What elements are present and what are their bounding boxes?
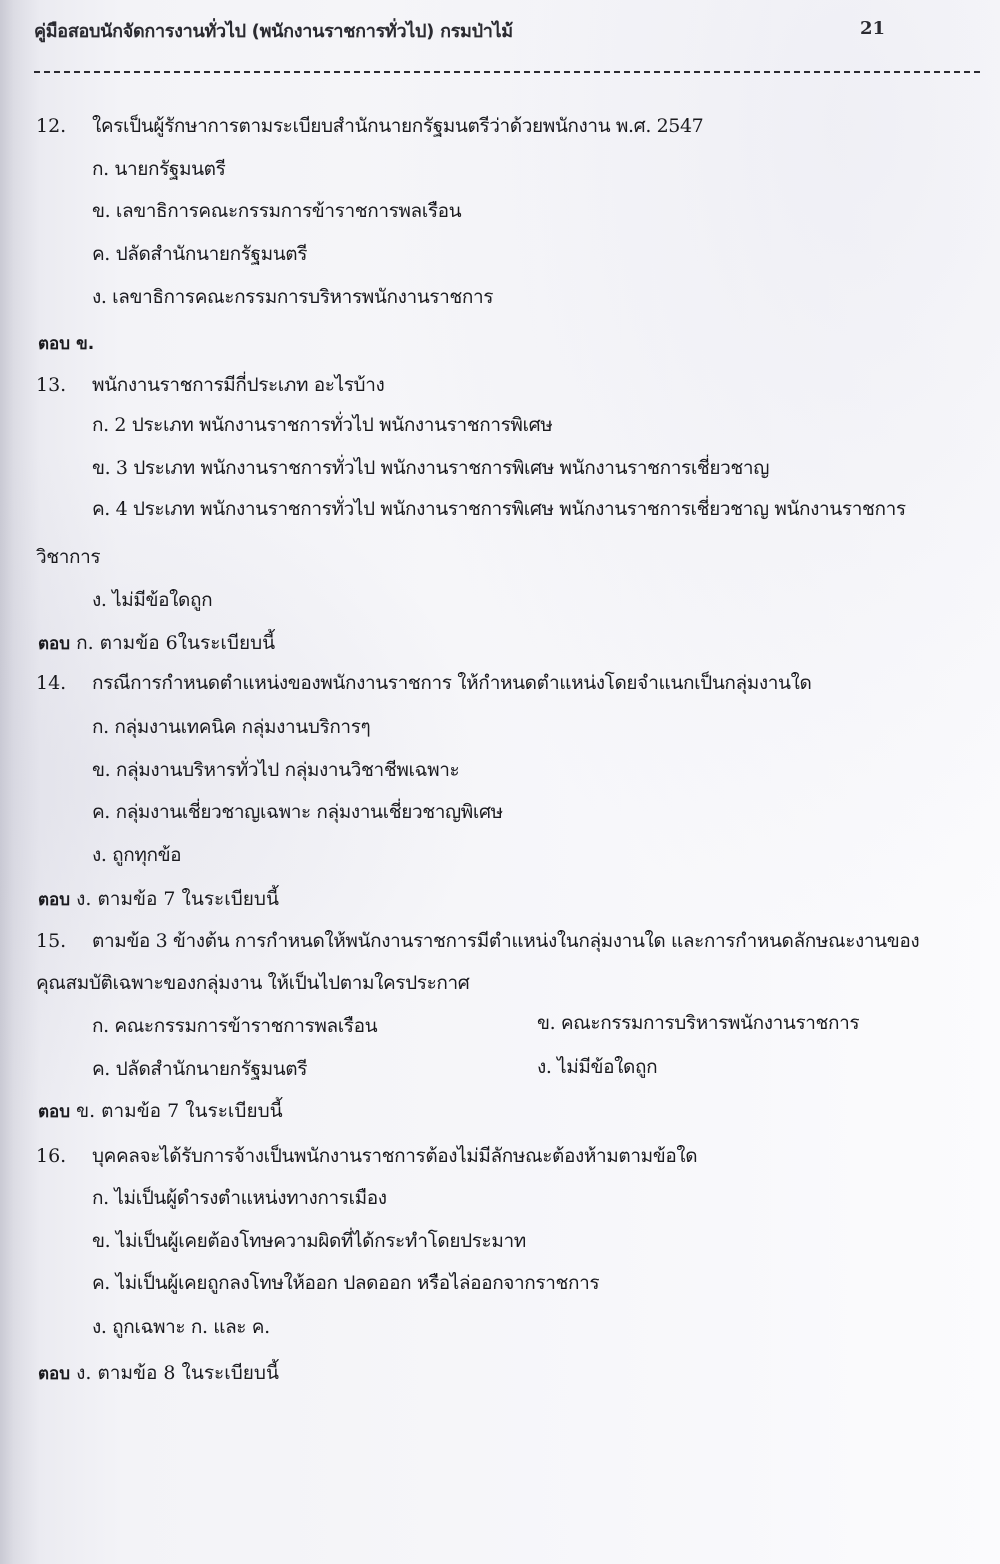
option-d: ง. ถูกทุกข้อ: [92, 842, 181, 868]
answer-label: ตอบ: [38, 1364, 70, 1384]
option-b: ข. คณะกรรมการบริหารพนักงานราชการ: [537, 1010, 859, 1036]
question-number: 13.: [36, 372, 66, 398]
question-text: ตามข้อ 3 ข้างต้น การกำหนดให้พนักงานราชกา…: [92, 928, 919, 954]
option-b: ข. กลุ่มงานบริหารทั่วไป กลุ่มงานวิชาชีพเ…: [92, 757, 459, 783]
answer-value: ง. ตามข้อ 7 ในระเบียบนี้: [76, 888, 279, 910]
answer-line: ตอบ ง. ตามข้อ 7 ในระเบียบนี้: [38, 886, 279, 913]
page-number: 21: [860, 18, 885, 39]
option-c: ค. กลุ่มงานเชี่ยวชาญเฉพาะ กลุ่มงานเชี่ยว…: [92, 799, 503, 825]
answer-line: ตอบ ง. ตามข้อ 8 ในระเบียบนี้: [38, 1360, 279, 1387]
book-title-header: คู่มือสอบนักจัดการงานทั่วไป (พนักงานราชก…: [34, 16, 513, 45]
option-c: ค. ปลัดสำนักนายกรัฐมนตรี: [92, 1056, 307, 1082]
option-a: ก. กลุ่มงานเทคนิค กลุ่มงานบริการๆ: [92, 714, 370, 740]
option-a: ก. คณะกรรมการข้าราชการพลเรือน: [92, 1013, 377, 1039]
option-d: ง. ไม่มีข้อใดถูก: [92, 587, 212, 613]
question-number: 12.: [36, 113, 66, 139]
answer-line: ตอบ ก. ตามข้อ 6ในระเบียบนี้: [38, 630, 275, 657]
scanned-page: คู่มือสอบนักจัดการงานทั่วไป (พนักงานราชก…: [0, 0, 1000, 1564]
option-b: ข. ไม่เป็นผู้เคยต้องโทษความผิดที่ได้กระท…: [92, 1228, 526, 1254]
option-c-continuation: วิชาการ: [36, 544, 100, 570]
answer-label: ตอบ: [38, 890, 70, 910]
answer-value: ข. ตามข้อ 7 ในระเบียบนี้: [76, 1100, 283, 1122]
option-d: ง. ถูกเฉพาะ ก. และ ค.: [92, 1314, 270, 1340]
answer-value: ก. ตามข้อ 6ในระเบียบนี้: [76, 632, 275, 654]
header-dashed-divider: [34, 71, 980, 73]
question-text: กรณีการกำหนดตำแหน่งของพนักงานราชการ ให้ก…: [92, 670, 811, 696]
option-d: ง. ไม่มีข้อใดถูก: [537, 1054, 657, 1080]
answer-label: ตอบ: [38, 334, 70, 354]
option-c: ค. ปลัดสำนักนายกรัฐมนตรี: [92, 241, 307, 267]
answer-value: ง. ตามข้อ 8 ในระเบียบนี้: [76, 1362, 279, 1384]
answer-line: ตอบ ข.: [38, 330, 94, 357]
option-d: ง. เลขาธิการคณะกรรมการบริหารพนักงานราชกา…: [92, 284, 493, 310]
option-c: ค. ไม่เป็นผู้เคยถูกลงโทษให้ออก ปลดออก หร…: [92, 1270, 599, 1296]
option-a: ก. ไม่เป็นผู้ดำรงตำแหน่งทางการเมือง: [92, 1185, 387, 1211]
question-text: พนักงานราชการมีกี่ประเภท อะไรบ้าง: [92, 372, 384, 398]
answer-label: ตอบ: [38, 634, 70, 654]
question-number: 14.: [36, 670, 66, 696]
answer-line: ตอบ ข. ตามข้อ 7 ในระเบียบนี้: [38, 1098, 283, 1125]
question-text: บุคคลจะได้รับการจ้างเป็นพนักงานราชการต้อ…: [92, 1143, 697, 1169]
question-text-continuation: คุณสมบัติเฉพาะของกลุ่มงาน ให้เป็นไปตามใค…: [36, 970, 469, 996]
question-number: 16.: [36, 1143, 66, 1169]
option-a: ก. 2 ประเภท พนักงานราชการทั่วไป พนักงานร…: [92, 412, 552, 438]
answer-label: ตอบ: [38, 1102, 70, 1122]
option-c: ค. 4 ประเภท พนักงานราชการทั่วไป พนักงานร…: [92, 496, 906, 522]
question-number: 15.: [36, 928, 66, 954]
question-text: ใครเป็นผู้รักษาการตามระเบียบสำนักนายกรัฐ…: [92, 113, 703, 139]
answer-value: ข.: [76, 334, 94, 354]
option-a: ก. นายกรัฐมนตรี: [92, 156, 225, 182]
option-b: ข. 3 ประเภท พนักงานราชการทั่วไป พนักงานร…: [92, 455, 769, 481]
option-b: ข. เลขาธิการคณะกรรมการข้าราชการพลเรือน: [92, 198, 461, 224]
